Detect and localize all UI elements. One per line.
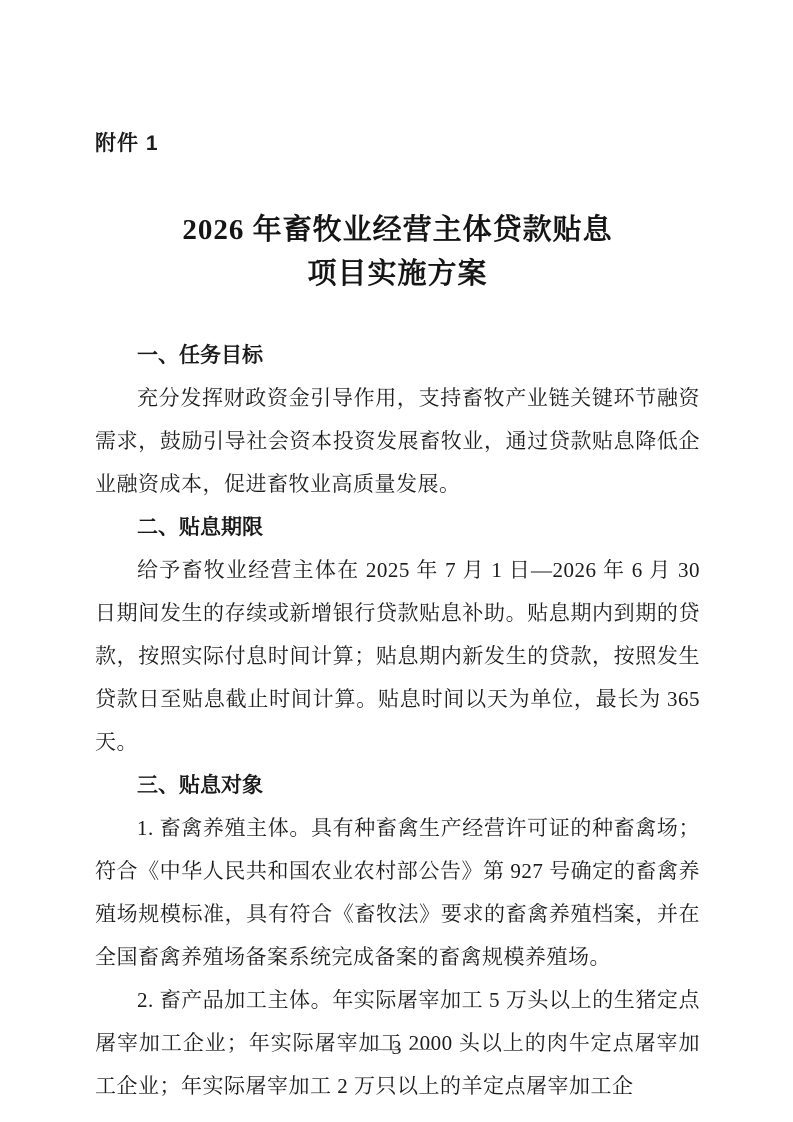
page-footer: —3— xyxy=(0,1037,793,1060)
section-subsidy-period: 二、贴息期限 给予畜牧业经营主体在 2025 年 7 月 1 日—2026 年 … xyxy=(95,506,700,764)
footer-right-dash: — xyxy=(402,1037,442,1059)
document-title-line1: 2026 年畜牧业经营主体贷款贴息 xyxy=(95,208,700,252)
attachment-label: 附件 1 xyxy=(95,130,700,158)
body-paragraph: 给予畜牧业经营主体在 2025 年 7 月 1 日—2026 年 6 月 30 … xyxy=(95,549,700,764)
body-paragraph: 1. 畜禽养殖主体。具有种畜禽生产经营许可证的种畜禽场；符合《中华人民共和国农业… xyxy=(95,807,700,979)
section-heading: 三、贴息对象 xyxy=(95,764,700,807)
page-number: 3 xyxy=(392,1037,402,1059)
body-paragraph: 充分发挥财政资金引导作用，支持畜牧产业链关键环节融资需求，鼓励引导社会资本投资发… xyxy=(95,377,700,506)
document-body: 一、任务目标 充分发挥财政资金引导作用，支持畜牧产业链关键环节融资需求，鼓励引导… xyxy=(95,334,700,1108)
document-page: 附件 1 2026 年畜牧业经营主体贷款贴息 项目实施方案 一、任务目标 充分发… xyxy=(0,0,793,1122)
section-heading: 一、任务目标 xyxy=(95,334,700,377)
document-title-line2: 项目实施方案 xyxy=(95,252,700,296)
document-title: 2026 年畜牧业经营主体贷款贴息 项目实施方案 xyxy=(95,208,700,296)
footer-left-dash: — xyxy=(352,1037,392,1059)
section-task-goal: 一、任务目标 充分发挥财政资金引导作用，支持畜牧产业链关键环节融资需求，鼓励引导… xyxy=(95,334,700,506)
section-heading: 二、贴息期限 xyxy=(95,506,700,549)
